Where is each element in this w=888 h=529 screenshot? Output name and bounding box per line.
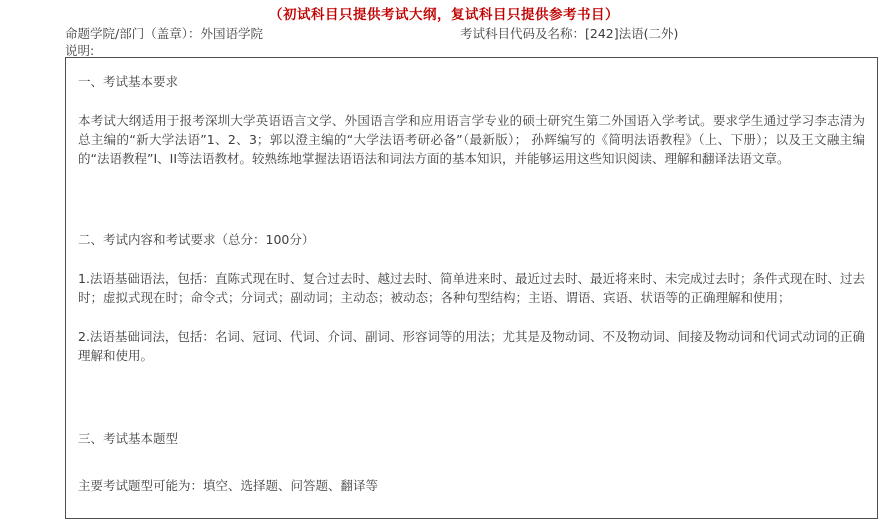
section-2-heading: 二、考试内容和考试要求（总分：100分） xyxy=(78,230,865,249)
outline-content-box: 一、考试基本要求 本考试大纲适用于报考深圳大学英语语言文学、外国语言学和应用语言… xyxy=(65,57,878,519)
section-2-item-grammar: 1.法语基础语法，包括：直陈式现在时、复合过去时、越过去时、简单进来时、最近过去… xyxy=(78,269,865,307)
section-1-paragraph: 本考试大纲适用于报考深圳大学英语语言文学、外国语言学和应用语言学专业的硕士研究生… xyxy=(78,111,865,168)
section-3-paragraph: 主要考试题型可能为：填空、选择题、问答题、翻译等 xyxy=(78,476,865,495)
subject-code: 考试科目代码及名称：[242]法语(二外) xyxy=(460,24,678,42)
issuing-department: 命题学院/部门（盖章）：外国语学院 xyxy=(65,24,263,42)
section-2-item-vocabulary: 2.法语基础词法，包括：名词、冠词、代词、介词、副词、形容词等的用法；尤其是及物… xyxy=(78,327,865,365)
subject-value: [242]法语(二外) xyxy=(585,26,678,41)
meta-row: 命题学院/部门（盖章）：外国语学院 考试科目代码及名称：[242]法语(二外) xyxy=(0,24,888,41)
section-1-heading: 一、考试基本要求 xyxy=(78,72,865,91)
subject-label: 考试科目代码及名称： xyxy=(460,26,585,41)
page-title: （初试科目只提供考试大纲，复试科目只提供参考书目） xyxy=(0,0,888,23)
issuer-value: 外国语学院 xyxy=(200,26,263,41)
exam-outline-page: （初试科目只提供考试大纲，复试科目只提供参考书目） 命题学院/部门（盖章）：外国… xyxy=(0,0,888,529)
issuer-label: 命题学院/部门（盖章）： xyxy=(65,26,200,41)
section-3-heading: 三、考试基本题型 xyxy=(78,429,865,448)
